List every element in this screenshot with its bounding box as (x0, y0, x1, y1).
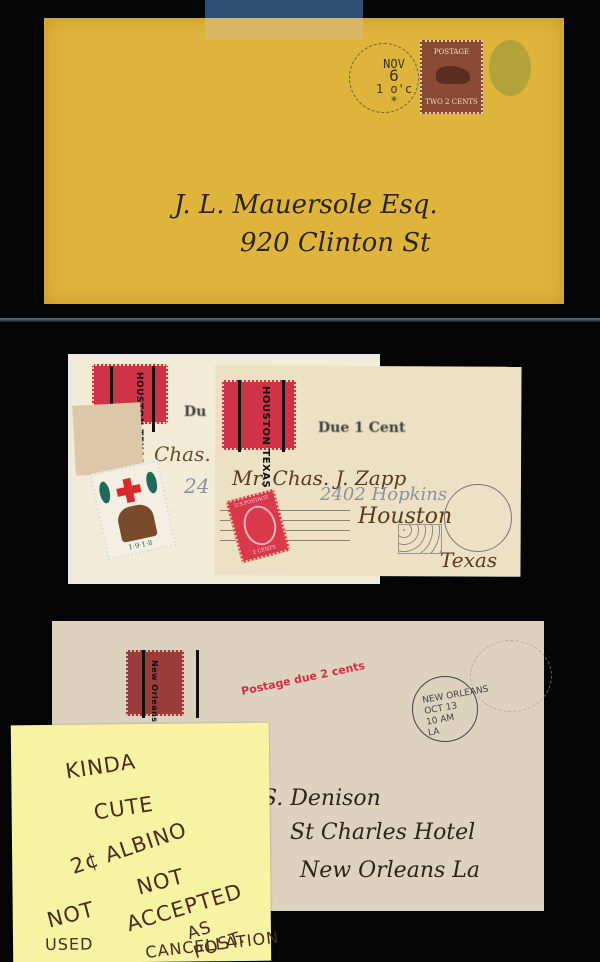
address-line-2: 2402 Hopkins (320, 484, 447, 505)
precancel-bar (282, 380, 285, 452)
precancel-bar (196, 650, 199, 718)
due-marking-fragment: Du (184, 404, 206, 420)
note-line: CUTE (92, 792, 155, 825)
album-divider (0, 318, 600, 322)
note-line: NOT (44, 897, 97, 932)
horse-rider-icon (436, 66, 470, 84)
postmark-text: NOV 6 1 o'c * (374, 58, 414, 107)
holly-leaf-icon (145, 471, 159, 495)
address-fragment: 24 (184, 474, 209, 498)
address-line-4: Texas (440, 548, 497, 572)
precancel-bar (142, 650, 145, 718)
washington-portrait-icon (239, 502, 280, 549)
address-line-2: St Charles Hotel (290, 820, 475, 845)
note-line: NOT (134, 864, 187, 899)
liberty-figure-icon (116, 502, 158, 543)
address-line-2: 920 Clinton St (240, 228, 431, 258)
note-line: KINDA (64, 749, 138, 783)
precancel-bar (152, 366, 155, 432)
holly-leaf-icon (98, 481, 112, 505)
ink-smudge (489, 40, 531, 96)
flag-cancel-icon (398, 524, 442, 554)
address-line-3: New Orleans La (300, 858, 480, 883)
cover-1-envelope: NOV 6 1 o'c * POSTAGE TWO 2 CENTS J. L. … (44, 18, 564, 304)
due-1-cent-marking: Due 1 Cent (318, 420, 405, 436)
houston-postmark (444, 484, 512, 552)
hinge-tape-overlap (205, 18, 363, 40)
address-line-1: S. Denison (262, 786, 381, 811)
address-line-1: J. L. Mauersole Esq. (174, 190, 438, 220)
precancel-bar (238, 380, 241, 452)
pony-express-2c-stamp: POSTAGE TWO 2 CENTS (420, 40, 483, 114)
sticky-note: KINDA CUTE 2¢ ALBINO NOT ACCEPTED AS POS… (11, 723, 271, 962)
address-fragment: Chas. (154, 442, 211, 466)
note-line: USED (45, 935, 93, 955)
